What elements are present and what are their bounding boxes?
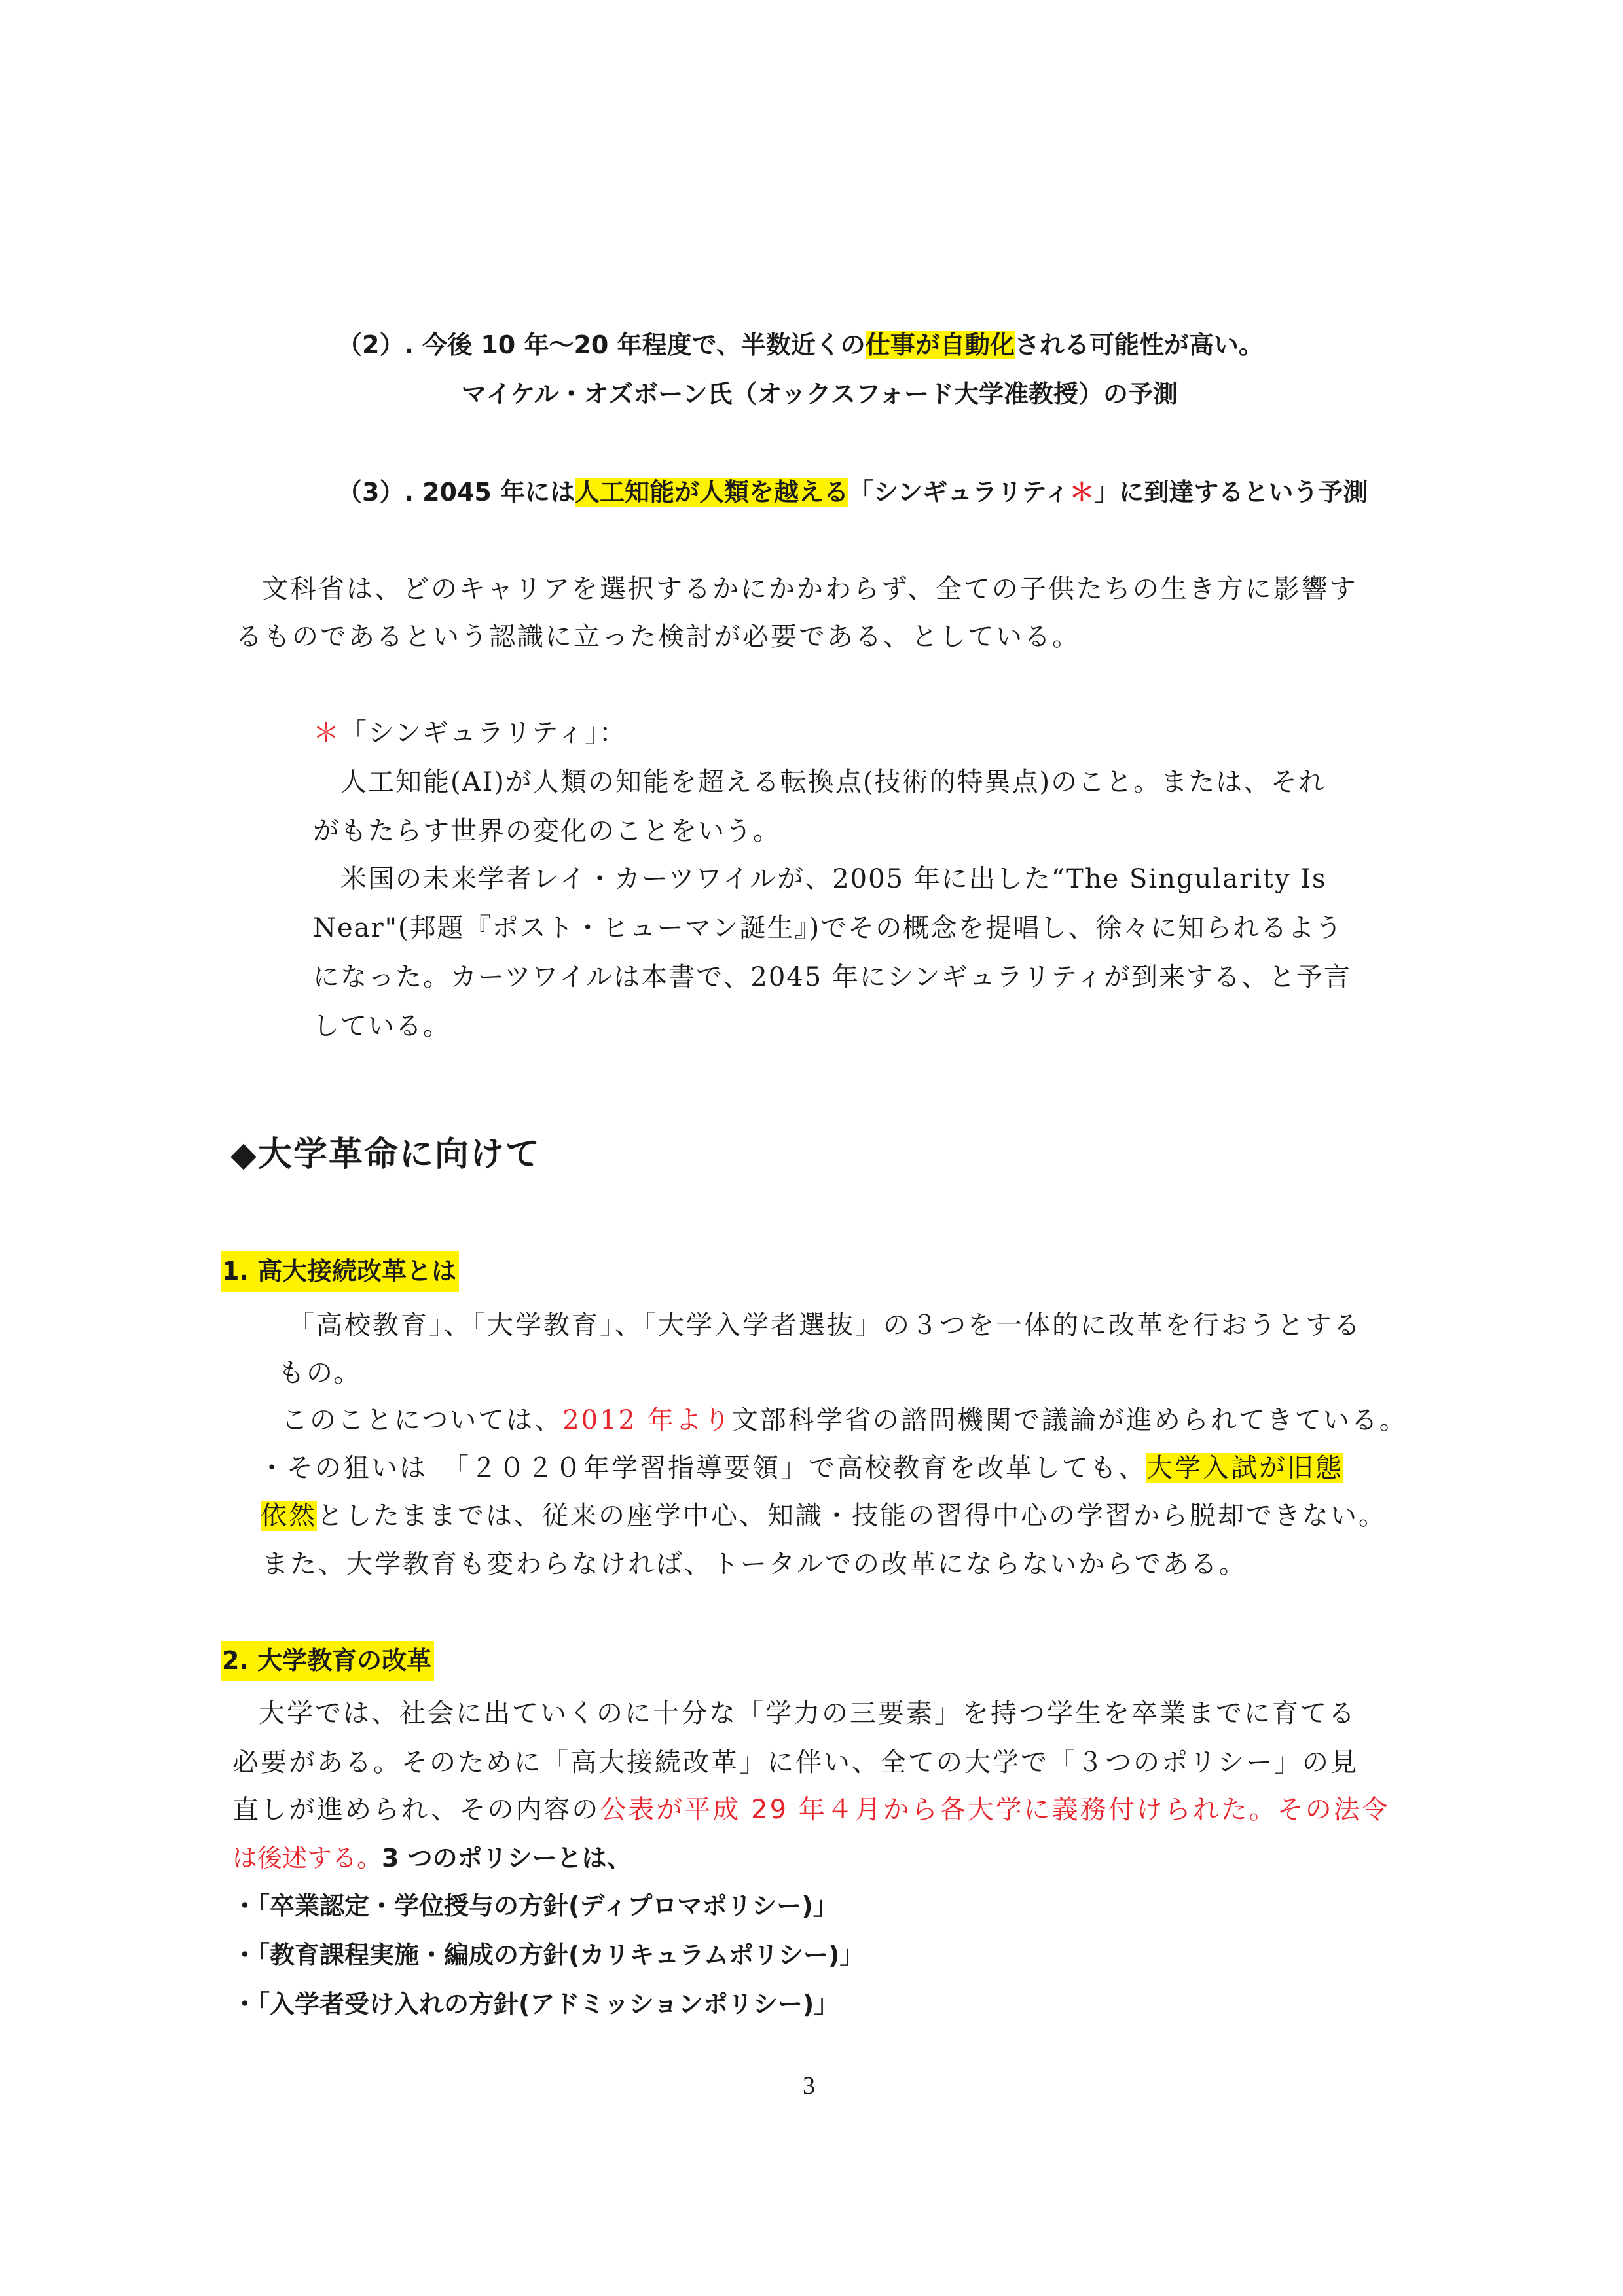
- footnote-line-2: がもたらす世界の変化のことをいう。: [313, 818, 780, 844]
- policy-item-diploma: ・「卒業認定・学位授与の方針(ディプロマポリシー)」: [232, 1893, 838, 1918]
- section-2-line-4-suffix: 3 つのポリシーとは、: [382, 1844, 632, 1873]
- prediction-2-attribution: マイケル・オズボーン氏（オックスフォード大学准教授）の予測: [462, 382, 1178, 406]
- footnote-line-5: になった。カーツワイルは本書で、2045 年にシンギュラリティが到来する、と予言: [313, 964, 1351, 990]
- section-1-line-2: もの。: [278, 1360, 361, 1386]
- section-1-line-3-red: 2012 年より: [562, 1405, 732, 1435]
- section-1-heading: 1. 高大接続改革とは: [221, 1259, 459, 1283]
- footnote-line-3: 米国の未来学者レイ・カーツワイルが、2005 年に出した“The Singula…: [340, 866, 1327, 892]
- section-2-line-3-prefix: 直しが進められ、その内容の: [232, 1795, 600, 1825]
- section-2-line-3: 直しが進められ、その内容の公表が平成 29 年４月から各大学に義務付けられた。そ…: [232, 1797, 1390, 1823]
- prediction-3-prefix: （3）. 2045 年には: [337, 478, 575, 507]
- footnote-line-4: Near"(邦題『ポスト・ヒューマン誕生』)でその概念を提唱し、徐々に知られるよ…: [313, 915, 1343, 941]
- prediction-3-suffix: 」に到達するという予測: [1094, 478, 1368, 507]
- section-2-line-4-red: は後述する。: [232, 1844, 382, 1873]
- section-2-line-2: 必要がある。そのために「高大接続改革」に伴い、全ての大学で「３つのポリシー」の見: [232, 1749, 1359, 1776]
- section-1-line-3-prefix: このことについては、: [282, 1405, 562, 1435]
- page-number: 3: [803, 2073, 815, 2098]
- section-1-line-3: このことについては、2012 年より文部科学省の諮問機関で議論が進められてきてい…: [282, 1407, 1408, 1433]
- document-page: （2）. 今後 10 年～20 年程度で、半数近くの仕事が自動化される可能性が高…: [0, 0, 1623, 2296]
- mext-paragraph-line-2: るものであるという認識に立った検討が必要である、としている。: [236, 624, 1080, 650]
- section-2-line-4: は後述する。3 つのポリシーとは、: [232, 1846, 632, 1871]
- mext-paragraph-line-1: 文科省は、どのキャリアを選択するかにかかわらず、全ての子供たちの生き方に影響す: [262, 576, 1358, 602]
- section-1-line-3-suffix: 文部科学省の諮問機関で議論が進められてきている。: [732, 1405, 1408, 1435]
- section-2-line-3-red: 公表が平成 29 年４月から各大学に義務付けられた。その法令: [600, 1795, 1389, 1825]
- section-2-heading-text: 2. 大学教育の改革: [221, 1641, 434, 1681]
- main-heading: ◆大学革命に向けて: [230, 1138, 541, 1172]
- main-heading-title: 大学革命に向けて: [258, 1135, 541, 1174]
- prediction-2-suffix: される可能性が高い。: [1015, 331, 1264, 359]
- footnote-line-1: 人工知能(AI)が人類の知能を超える転換点(技術的特異点)のこと。または、それ: [340, 769, 1326, 795]
- prediction-3-middle: 「シンギュラリティ: [848, 478, 1069, 507]
- prediction-2-highlight: 仕事が自動化: [866, 331, 1015, 359]
- section-1-line-5-highlight: 依然: [261, 1501, 317, 1531]
- prediction-item-3: （3）. 2045 年には人工知能が人類を越える「シンギュラリティ＊」に到達する…: [337, 480, 1368, 505]
- section-1-line-5-suffix: としたままでは、従来の座学中心、知識・技能の習得中心の学習から脱却できない。: [317, 1501, 1387, 1531]
- policy-item-admission: ・「入学者受け入れの方針(アドミッションポリシー)」: [232, 1992, 839, 2017]
- section-1-line-4: ・その狙いは 「２０２０年学習指導要領」で高校教育を改革しても、大学入試が旧態: [259, 1455, 1343, 1481]
- prediction-3-highlight: 人工知能が人類を越える: [575, 478, 848, 507]
- section-1-line-6: また、大学教育も変わらなければ、トータルでの改革にならないからである。: [262, 1551, 1247, 1577]
- asterisk-icon: ＊: [1069, 478, 1094, 507]
- section-1-heading-text: 1. 高大接続改革とは: [221, 1251, 459, 1292]
- section-2-line-1: 大学では、社会に出ていくのに十分な「学力の三要素」を持つ学生を卒業までに育てる: [259, 1700, 1357, 1727]
- policy-item-curriculum: ・「教育課程実施・編成の方針(カリキュラムポリシー)」: [232, 1943, 864, 1967]
- section-1-line-4-highlight: 大学入試が旧態: [1146, 1453, 1343, 1483]
- section-2-heading: 2. 大学教育の改革: [221, 1648, 434, 1673]
- diamond-bullet-icon: ◆: [230, 1135, 258, 1174]
- prediction-item-2: （2）. 今後 10 年～20 年程度で、半数近くの仕事が自動化される可能性が高…: [337, 332, 1264, 357]
- footnote-title: ＊「シンギュラリティ」：: [313, 720, 627, 746]
- prediction-2-prefix: （2）. 今後 10 年～20 年程度で、半数近くの: [337, 331, 866, 359]
- asterisk-icon: ＊: [313, 718, 340, 748]
- section-1-line-5: 依然としたままでは、従来の座学中心、知識・技能の習得中心の学習から脱却できない。: [261, 1503, 1387, 1529]
- section-1-line-1: 「高校教育」、「大学教育」、「大学入学者選抜」の３つを一体的に改革を行おうとする: [288, 1312, 1362, 1338]
- section-1-line-4-prefix: ・その狙いは 「２０２０年学習指導要領」で高校教育を改革しても、: [259, 1453, 1146, 1483]
- footnote-line-6: している。: [313, 1013, 450, 1039]
- footnote-title-text: 「シンギュラリティ」：: [340, 718, 627, 748]
